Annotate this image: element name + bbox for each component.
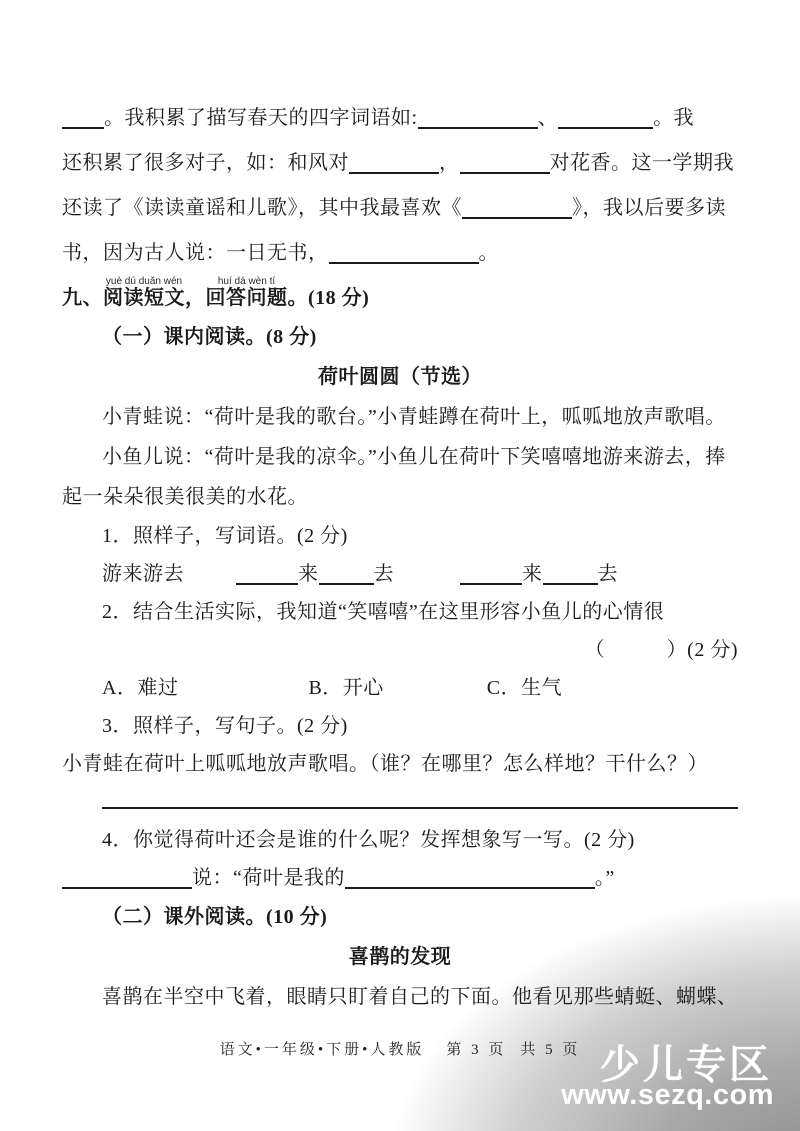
section-9-heading: 九、阅读短文yuè dú duǎn wén，回答问题huí dá wèn tí。… xyxy=(62,276,738,317)
answer-bracket: （ ） xyxy=(585,639,688,661)
watermark-url: www.sezq.com xyxy=(561,1079,774,1112)
pinyin-text: huí dá wèn tí xyxy=(206,276,288,287)
reading-2-paragraph-1: 喜鹊在半空中飞着，眼睛只盯着自己的下面。他看见那些蜻蜓、蝴蝶、 xyxy=(62,977,738,1017)
answer-blank xyxy=(319,563,374,585)
answer-blank xyxy=(462,197,572,219)
question-1-pattern-row: 游来游去来去来去 xyxy=(62,555,738,593)
footer-total-pages: 共 5 页 xyxy=(520,1042,580,1058)
part-2-label: （二）课外阅读。(10 分) xyxy=(62,897,738,937)
part-1-label: （一）课内阅读。(8 分) xyxy=(62,317,738,357)
heading-text: 阅读短文 xyxy=(103,287,185,309)
section-number: 九、 xyxy=(62,287,103,309)
fill-in-line-3: 还读了《读读童谣和儿歌》，其中我最喜欢《》，我以后要多读 xyxy=(62,186,738,231)
question-1-text: 1．照样子，写词语。(2 分) xyxy=(62,517,738,555)
pinyin-text: yuè dú duǎn wén xyxy=(103,276,185,287)
fill-in-text: 还读了《读读童谣和儿歌》，其中我最喜欢《 xyxy=(62,197,462,219)
fill-in-text: 书，因为古人说：一日无书， xyxy=(62,242,329,264)
reading-1-paragraph-3: 起一朵朵很美很美的水花。 xyxy=(62,477,738,517)
option-c: C．生气 xyxy=(487,669,562,707)
reading-2-title: 喜鹊的发现 xyxy=(62,937,738,977)
pinyin-ruby-1: 阅读短文yuè dú duǎn wén xyxy=(103,287,185,309)
footer-book-info: 语文•一年级•下册•人教版 xyxy=(220,1042,425,1058)
pattern-example: 游来游去 xyxy=(102,563,184,585)
answer-blank xyxy=(236,563,298,585)
fill-in-text: 。我 xyxy=(653,107,694,129)
question-3-example-sentence: 小青蛙在荷叶上呱呱地放声歌唱。（谁？在哪里？怎么样地？干什么？） xyxy=(62,745,738,783)
answer-blank xyxy=(418,107,538,129)
answer-blank xyxy=(460,563,522,585)
heading-text: ， xyxy=(185,287,206,309)
answer-blank xyxy=(460,152,550,174)
fill-in-text: 。我积累了描写春天的四字词语如: xyxy=(104,107,418,129)
footer-page-number: 第 3 页 xyxy=(446,1042,506,1058)
answer-blank xyxy=(349,152,439,174)
pattern-char: 去 xyxy=(598,563,619,585)
answer-blank xyxy=(62,107,104,129)
reading-1-title: 荷叶圆圆（节选） xyxy=(62,357,738,397)
question-2-text: 2．结合生活实际，我知道“笑嘻嘻”在这里形容小鱼儿的心情很 xyxy=(62,593,738,631)
fill-in-text: 。” xyxy=(595,867,615,889)
fill-in-text: 》，我以后要多读 xyxy=(572,197,726,219)
pattern-char: 来 xyxy=(522,563,543,585)
question-2-score: (2 分) xyxy=(687,639,738,661)
answer-blank xyxy=(543,563,598,585)
question-4-fill-row: 说：“荷叶是我的。” xyxy=(62,859,738,897)
fill-in-text: 对花香。这一学期我 xyxy=(550,152,735,174)
answer-blank xyxy=(329,242,479,264)
test-paper-page: 。我积累了描写春天的四字词语如:、。我 还积累了很多对子，如：和风对，对花香。这… xyxy=(0,0,800,1131)
answer-writing-line xyxy=(102,783,738,809)
pattern-char: 来 xyxy=(298,563,319,585)
fill-in-text: 还积累了很多对子，如：和风对 xyxy=(62,152,349,174)
option-b: B．开心 xyxy=(308,669,383,707)
fill-in-text: 。 xyxy=(479,242,500,264)
paper-content: 。我积累了描写春天的四字词语如:、。我 还积累了很多对子，如：和风对，对花香。这… xyxy=(62,0,738,1017)
option-a: A．难过 xyxy=(102,669,178,707)
question-4-text: 4．你觉得荷叶还会是谁的什么呢？发挥想象写一写。(2 分) xyxy=(62,821,738,859)
fill-in-line-4: 书，因为古人说：一日无书，。 xyxy=(62,231,738,276)
heading-text: 回答问题 xyxy=(206,287,288,309)
answer-blank xyxy=(62,867,192,889)
reading-1-paragraph-2: 小鱼儿说：“荷叶是我的凉伞。”小鱼儿在荷叶下笑嘻嘻地游来游去，捧 xyxy=(62,437,738,477)
fill-in-line-1: 。我积累了描写春天的四字词语如:、。我 xyxy=(62,96,738,141)
pinyin-ruby-2: 回答问题huí dá wèn tí xyxy=(206,287,288,309)
pattern-char: 去 xyxy=(374,563,395,585)
fill-in-text: ， xyxy=(439,152,460,174)
answer-blank xyxy=(345,867,595,889)
answer-blank xyxy=(558,107,653,129)
fill-in-text: 、 xyxy=(538,107,559,129)
reading-1-paragraph-1: 小青蛙说：“荷叶是我的歌台。”小青蛙蹲在荷叶上，呱呱地放声歌唱。 xyxy=(62,397,738,437)
fill-in-text: 说：“荷叶是我的 xyxy=(192,867,345,889)
fill-in-line-2: 还积累了很多对子，如：和风对，对花香。这一学期我 xyxy=(62,141,738,186)
section-score: 。(18 分) xyxy=(288,287,370,309)
question-2-bracket-row: （ ）(2 分) xyxy=(62,631,738,669)
question-2-options-row: A．难过B．开心C．生气 xyxy=(62,669,738,707)
question-3-text: 3．照样子，写句子。(2 分) xyxy=(62,707,738,745)
